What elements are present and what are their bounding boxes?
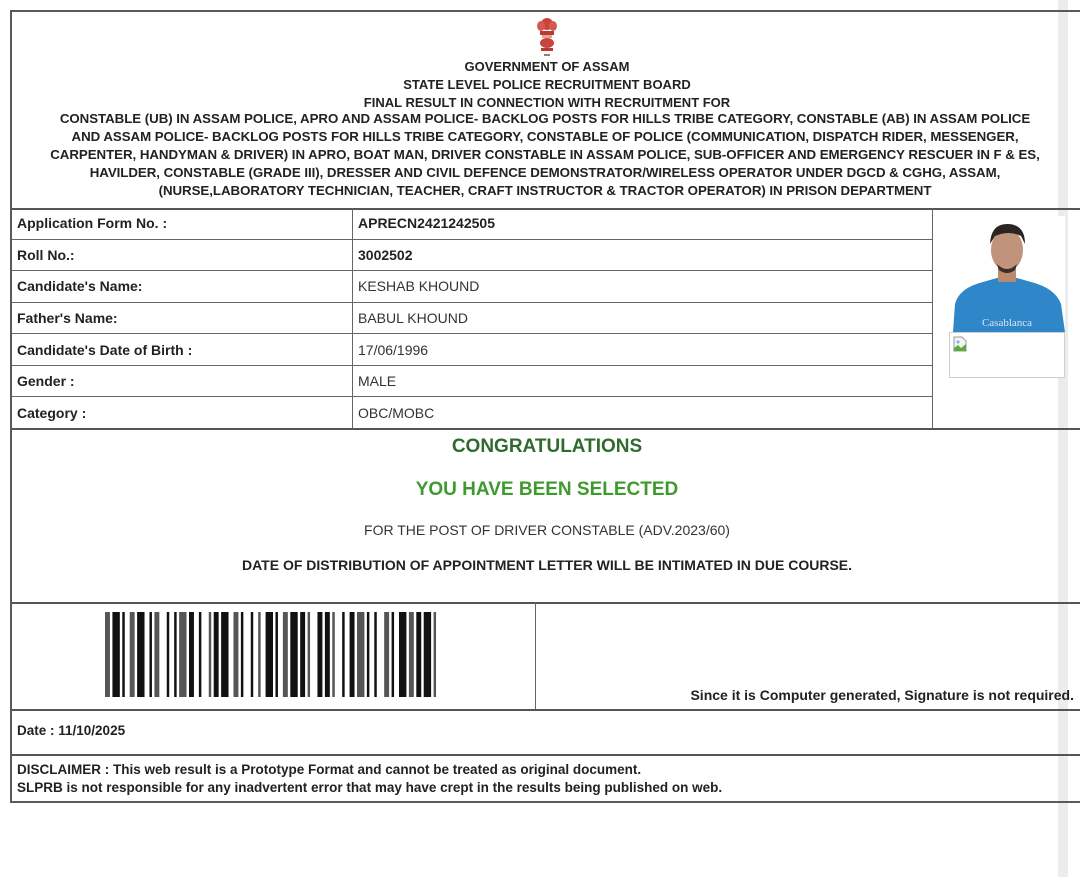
congratulations-heading: CONGRATULATIONS xyxy=(12,436,1080,458)
posts-line: AND ASSAM POLICE- BACKLOG POSTS FOR HILL… xyxy=(12,128,1078,146)
gender-value: MALE xyxy=(353,365,933,397)
roll-no-label: Roll No.: xyxy=(12,239,353,271)
table-row: Application Form No. : APRECN2421242505 xyxy=(12,208,933,239)
candidate-name-value: KESHAB KHOUND xyxy=(353,271,933,303)
photo-cell: Casablanca xyxy=(933,208,1080,428)
selected-post: FOR THE POST OF DRIVER CONSTABLE (ADV.20… xyxy=(12,522,1080,538)
broken-image-icon xyxy=(953,336,967,352)
government-title: GOVERNMENT OF ASSAM xyxy=(12,58,1080,76)
dob-label: Candidate's Date of Birth : xyxy=(12,334,353,366)
dob-value: 17/06/1996 xyxy=(353,334,933,366)
barcode-icon xyxy=(105,612,441,697)
application-no-value: APRECN2421242505 xyxy=(353,208,933,239)
board-title: STATE LEVEL POLICE RECRUITMENT BOARD xyxy=(12,76,1080,94)
candidate-name-label: Candidate's Name: xyxy=(12,271,353,303)
roll-no-value: 3002502 xyxy=(353,239,933,271)
father-name-label: Father's Name: xyxy=(12,302,353,334)
posts-line: CONSTABLE (UB) IN ASSAM POLICE, APRO AND… xyxy=(12,110,1078,128)
table-row: Candidate's Name: KESHAB KHOUND xyxy=(12,271,933,303)
posts-line: CARPENTER, HANDYMAN & DRIVER) IN APRO, B… xyxy=(12,146,1078,164)
document-header: GOVERNMENT OF ASSAM STATE LEVEL POLICE R… xyxy=(12,12,1080,210)
shirt-text: Casablanca xyxy=(982,317,1032,329)
selection-status: YOU HAVE BEEN SELECTED xyxy=(12,479,1080,501)
posts-line: (NURSE,LABORATORY TECHNICIAN, TEACHER, C… xyxy=(12,182,1078,200)
table-row: Gender : MALE xyxy=(12,365,933,397)
application-no-label: Application Form No. : xyxy=(12,208,353,239)
signature-image-placeholder xyxy=(949,332,1065,378)
recruitment-posts: CONSTABLE (UB) IN ASSAM POLICE, APRO AND… xyxy=(12,110,1078,200)
appointment-note: DATE OF DISTRIBUTION OF APPOINTMENT LETT… xyxy=(12,557,1080,573)
category-label: Category : xyxy=(12,397,353,428)
disclaimer: DISCLAIMER : This web result is a Protot… xyxy=(12,754,1080,801)
state-emblem-icon xyxy=(532,16,562,60)
table-row: Roll No.: 3002502 xyxy=(12,239,933,271)
table-row: Father's Name: BABUL KHOUND xyxy=(12,302,933,334)
date-row: Date : 11/10/2025 xyxy=(12,709,1080,756)
barcode-signature-row: Since it is Computer generated, Signatur… xyxy=(12,602,1080,711)
category-value: OBC/MOBC xyxy=(353,397,933,428)
result-section: CONGRATULATIONS YOU HAVE BEEN SELECTED F… xyxy=(12,428,1080,604)
disclaimer-line: SLPRB is not responsible for any inadver… xyxy=(17,780,722,795)
father-name-value: BABUL KHOUND xyxy=(353,302,933,334)
table-row: Candidate's Date of Birth : 17/06/1996 xyxy=(12,334,933,366)
table-row: Category : OBC/MOBC xyxy=(12,397,933,428)
signature-note: Since it is Computer generated, Signatur… xyxy=(690,687,1074,703)
header-title-block: GOVERNMENT OF ASSAM STATE LEVEL POLICE R… xyxy=(12,58,1080,112)
result-sheet: GOVERNMENT OF ASSAM STATE LEVEL POLICE R… xyxy=(10,10,1080,803)
gender-label: Gender : xyxy=(12,365,353,397)
issue-date: Date : 11/10/2025 xyxy=(17,723,125,738)
barcode-cell xyxy=(12,602,536,709)
candidate-details: Application Form No. : APRECN2421242505 … xyxy=(12,208,1080,430)
posts-line: HAVILDER, CONSTABLE (GRADE III), DRESSER… xyxy=(12,164,1078,182)
disclaimer-line: DISCLAIMER : This web result is a Protot… xyxy=(17,762,641,777)
candidate-table: Application Form No. : APRECN2421242505 … xyxy=(12,208,933,428)
candidate-photo: Casablanca xyxy=(949,216,1065,332)
